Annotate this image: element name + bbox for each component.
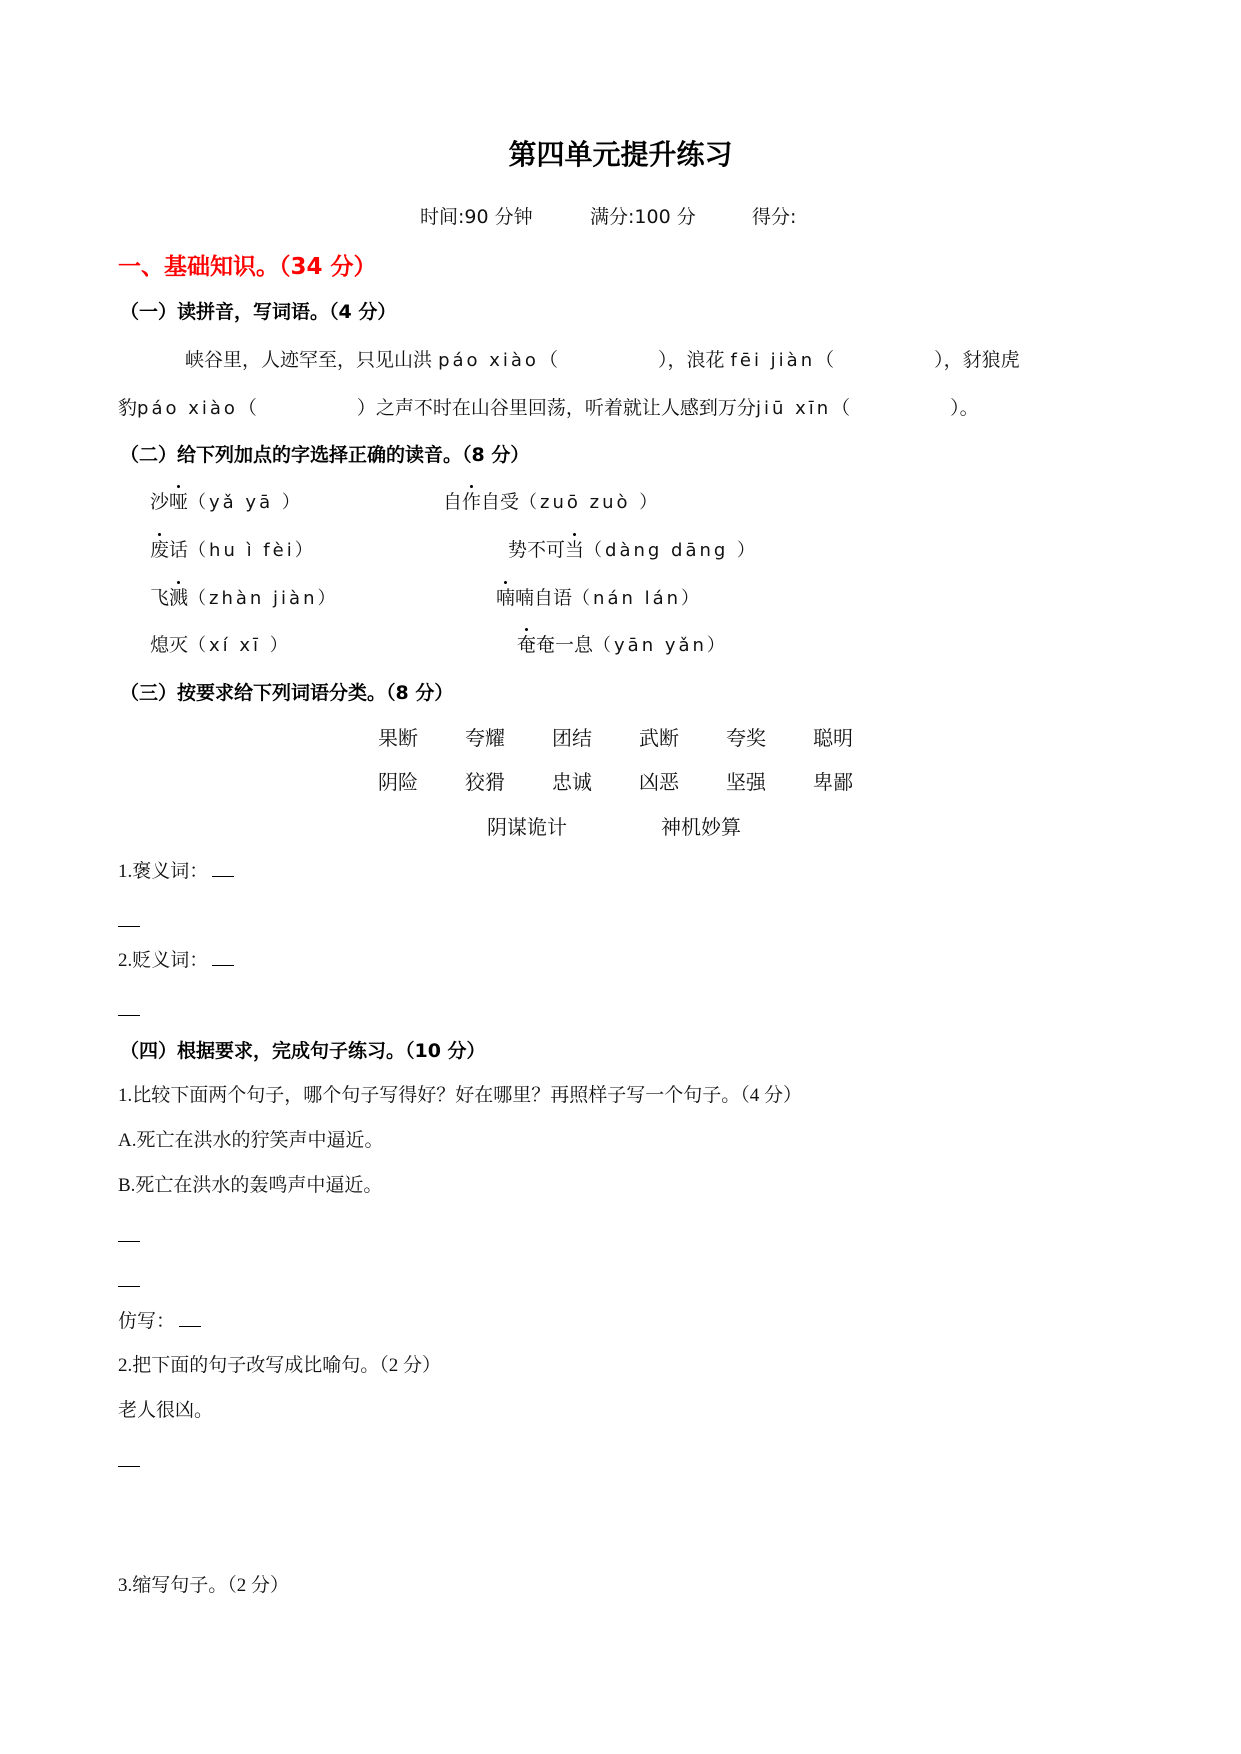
word-item: 阴谋诡计: [487, 811, 567, 840]
dotted-char: 废: [150, 539, 169, 561]
metaphor-sentence: 老人很凶。: [118, 1395, 213, 1422]
answer-blank[interactable]: [212, 951, 234, 966]
pinyin-passage-line2: 豹páo xiào（）之声不时在山谷里回荡，听着就让人感到万分jiū xīn（）…: [118, 393, 979, 420]
passage-text: ），豺狼虎: [934, 349, 1020, 371]
answer-blank-line[interactable]: [118, 1286, 140, 1287]
word-item: 凶恶: [639, 766, 679, 795]
part3-heading: （三）按要求给下列词语分类。（8 分）: [120, 678, 453, 705]
section-heading-basics: 一、基础知识。（34 分）: [118, 248, 377, 281]
sentence-b: B.死亡在洪水的轰鸣声中逼近。: [118, 1170, 382, 1197]
open-paren: （: [238, 397, 257, 419]
word-item: 果断: [378, 722, 418, 751]
question-label: 1.褒义词：: [118, 861, 208, 882]
full-score: 满分:100 分: [590, 202, 696, 229]
dotted-char: 哑: [169, 491, 188, 513]
pronunciation-item[interactable]: 废话（hu ì fèi）: [150, 535, 316, 562]
pinyin-feijian: fēi jiàn: [731, 350, 816, 371]
pinyin-paoxiao-2: páo xiào: [137, 398, 238, 419]
word-part: 喃自语: [515, 587, 572, 609]
question-label: 仿写：: [118, 1311, 175, 1332]
time-limit: 时间:90 分钟: [420, 202, 533, 229]
answer-blank-line[interactable]: [118, 1241, 140, 1242]
page-title: 第四单元提升练习: [0, 133, 1241, 173]
pronunciation-item[interactable]: 飞溅（zhàn jiàn）: [150, 583, 339, 610]
passage-text: ）。: [950, 397, 979, 419]
answer-blank-line[interactable]: [118, 926, 140, 927]
pronunciation-item[interactable]: 熄灭（xí xī ）: [150, 630, 291, 657]
pronunciation-item[interactable]: 喃喃自语（nán lán）: [496, 583, 702, 610]
score-label: 得分:: [752, 202, 796, 229]
part1-heading: （一）读拼音，写词语。（4 分）: [120, 297, 396, 324]
word-part: 熄灭: [150, 634, 188, 656]
dotted-char: 当: [565, 539, 584, 561]
word-item: 卑鄙: [813, 766, 853, 795]
word-part: 自受: [481, 491, 519, 513]
pinyin-paoxiao: páo xiào: [438, 350, 539, 371]
dotted-char: 奄: [517, 634, 536, 656]
word-item: 聪明: [813, 722, 853, 751]
word-item: 阴险: [378, 766, 418, 795]
word-part: 奄一息: [536, 634, 593, 656]
pinyin-options: （dàng dāng ）: [584, 540, 758, 561]
passage-text: 豹: [118, 397, 137, 419]
word-item: 神机妙算: [661, 811, 741, 840]
word-part: 话: [169, 539, 188, 561]
pinyin-options: （zhàn jiàn）: [188, 588, 338, 609]
pinyin-options: （nán lán）: [572, 588, 702, 609]
word-part: 自: [443, 491, 462, 513]
word-part: 飞: [150, 587, 169, 609]
word-part: 沙: [150, 491, 169, 513]
passage-text: ）之声不时在山谷里回荡，听着就让人感到万分: [357, 397, 756, 419]
part2-heading: （二）给下列加点的字选择正确的读音。（8 分）: [120, 440, 529, 467]
word-item: 狡猾: [465, 766, 505, 795]
word-item: 夸奖: [726, 722, 766, 751]
open-paren: （: [815, 349, 834, 371]
answer-blank-line[interactable]: [118, 1466, 140, 1467]
pronunciation-item[interactable]: 自作自受（zuō zuò ）: [443, 487, 660, 514]
derogatory-question: 2.贬义词：: [118, 945, 234, 972]
imitate-question: 仿写：: [118, 1306, 201, 1333]
pinyin-options: （hu ì fèi）: [188, 540, 316, 561]
word-item: 武断: [639, 722, 679, 751]
answer-blank-line[interactable]: [118, 1015, 140, 1016]
open-paren: （: [831, 397, 850, 419]
pinyin-options: （yān yǎn）: [593, 635, 728, 656]
metaphor-question: 2.把下面的句子改写成比喻句。（2 分）: [118, 1350, 441, 1377]
pronunciation-item[interactable]: 奄奄一息（yān yǎn）: [517, 630, 728, 657]
pronunciation-item[interactable]: 沙哑（yǎ yā ）: [150, 487, 303, 514]
word-item: 团结: [552, 722, 592, 751]
passage-text: 峡谷里，人迹罕至，只见山洪: [185, 349, 432, 371]
pinyin-options: （yǎ yā ）: [188, 492, 303, 513]
dotted-char: 作: [462, 491, 481, 513]
question-label: 2.贬义词：: [118, 950, 208, 971]
pronunciation-item[interactable]: 势不可当（dàng dāng ）: [508, 535, 758, 562]
word-item: 坚强: [726, 766, 766, 795]
compare-question: 1.比较下面两个句子，哪个句子写得好？好在哪里？再照样子写一个句子。（4 分）: [118, 1080, 802, 1107]
pinyin-options: （xí xī ）: [188, 635, 291, 656]
answer-blank[interactable]: [179, 1312, 201, 1327]
pinyin-passage-line1: 峡谷里，人迹罕至，只见山洪 páo xiào（），浪花 fēi jiàn（），豺…: [185, 345, 1020, 372]
dotted-char: 溅: [169, 587, 188, 609]
condense-question: 3.缩写句子。（2 分）: [118, 1570, 289, 1597]
dotted-char: 喃: [496, 587, 515, 609]
word-item: 忠诚: [552, 766, 592, 795]
sentence-a: A.死亡在洪水的狞笑声中逼近。: [118, 1125, 383, 1152]
commendatory-question: 1.褒义词：: [118, 856, 234, 883]
pinyin-options: （zuō zuò ）: [519, 492, 660, 513]
word-item: 夸耀: [465, 722, 505, 751]
part4-heading: （四）根据要求，完成句子练习。（10 分）: [120, 1036, 486, 1063]
word-part: 势不可: [508, 539, 565, 561]
answer-blank[interactable]: [212, 862, 234, 877]
pinyin-jiuxin: jiū xīn: [756, 398, 831, 419]
open-paren: （: [539, 349, 558, 371]
passage-text: ），浪花: [658, 349, 725, 371]
